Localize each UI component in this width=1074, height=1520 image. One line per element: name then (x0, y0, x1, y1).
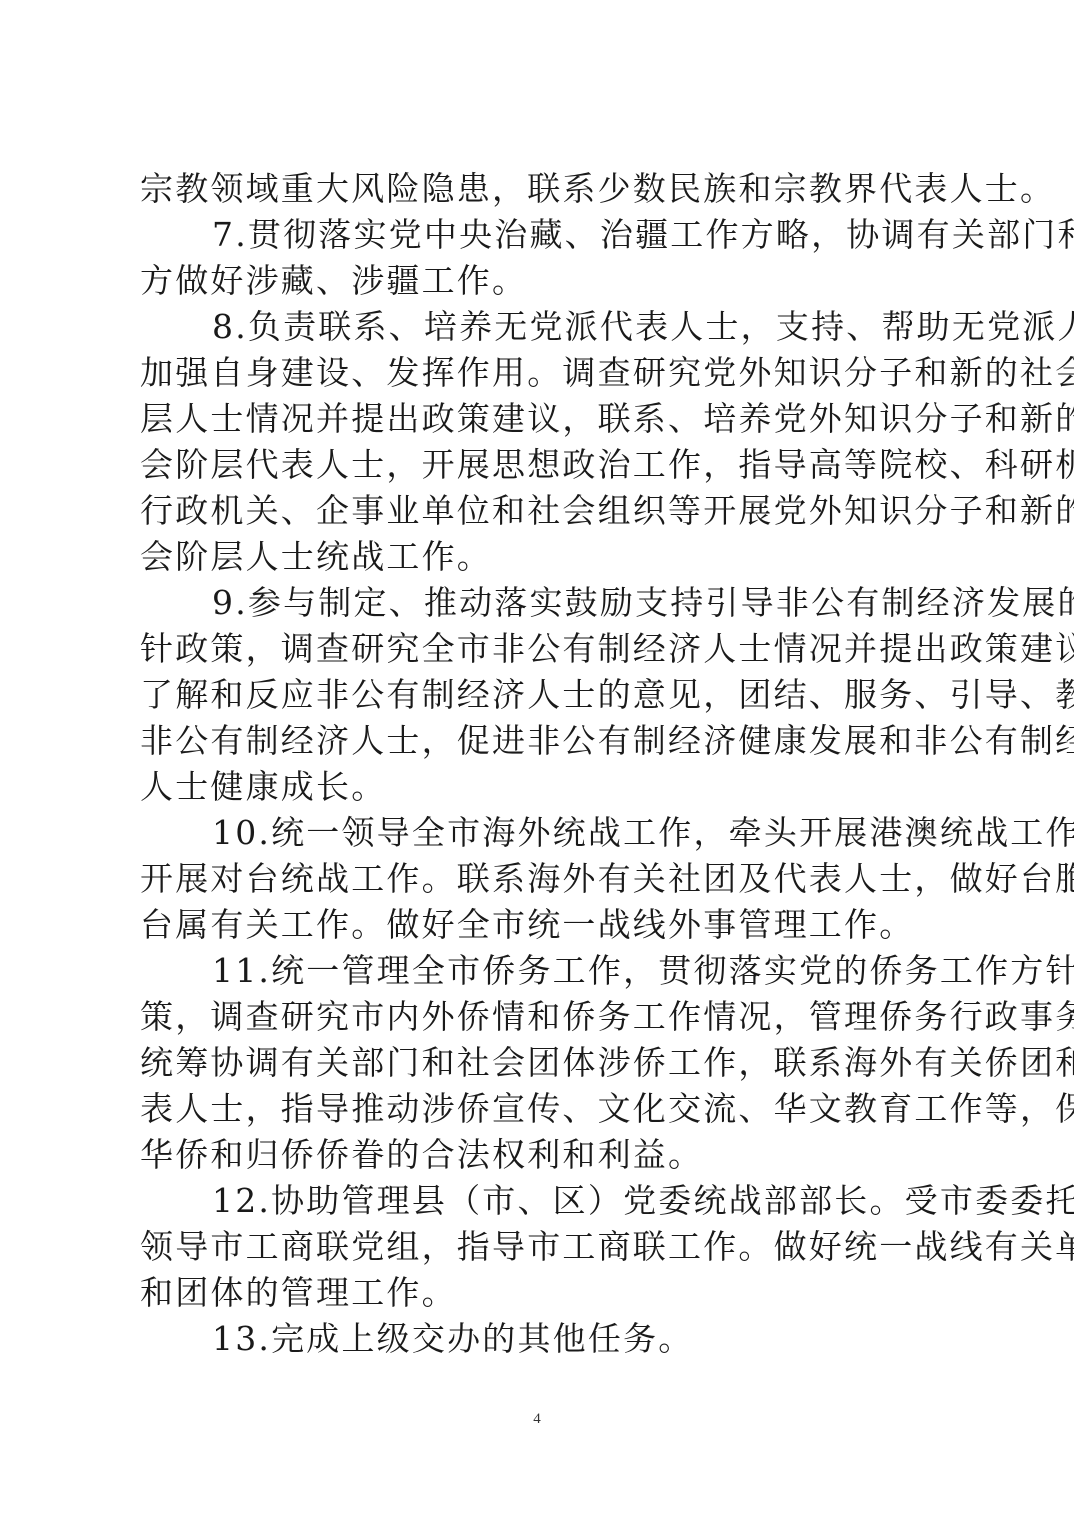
text-line: 会阶层代表人士，开展思想政治工作，指导高等院校、科研机构、 (140, 442, 940, 488)
text-line: 华侨和归侨侨眷的合法权利和利益。 (140, 1132, 940, 1178)
text-line: 统筹协调有关部门和社会团体涉侨工作，联系海外有关侨团和代 (140, 1040, 940, 1086)
text-line: 宗教领域重大风险隐患，联系少数民族和宗教界代表人士。 (140, 166, 940, 212)
text-line: 加强自身建设、发挥作用。调查研究党外知识分子和新的社会阶 (140, 350, 940, 396)
text-line: 台属有关工作。做好全市统一战线外事管理工作。 (140, 902, 940, 948)
text-line: 开展对台统战工作。联系海外有关社团及代表人士，做好台胞、 (140, 856, 940, 902)
document-page: 宗教领域重大风险隐患，联系少数民族和宗教界代表人士。 7.贯彻落实党中央治藏、治… (0, 0, 1074, 1520)
text-line: 非公有制经济人士，促进非公有制经济健康发展和非公有制经济 (140, 718, 940, 764)
text-line: 13.完成上级交办的其他任务。 (140, 1316, 940, 1362)
text-line: 8.负责联系、培养无党派代表人士，支持、帮助无党派人士 (140, 304, 940, 350)
text-line: 层人士情况并提出政策建议，联系、培养党外知识分子和新的社 (140, 396, 940, 442)
text-line: 和团体的管理工作。 (140, 1270, 940, 1316)
text-line: 11.统一管理全市侨务工作，贯彻落实党的侨务工作方针政 (140, 948, 940, 994)
text-line: 会阶层人士统战工作。 (140, 534, 940, 580)
text-line: 12.协助管理县（市、区）党委统战部部长。受市委委托， (140, 1178, 940, 1224)
text-line: 表人士，指导推动涉侨宣传、文化交流、华文教育工作等，保护 (140, 1086, 940, 1132)
page-number: 4 (0, 1411, 1074, 1428)
text-line: 针政策，调查研究全市非公有制经济人士情况并提出政策建议， (140, 626, 940, 672)
text-line: 10.统一领导全市海外统战工作，牵头开展港澳统战工作， (140, 810, 940, 856)
text-line: 人士健康成长。 (140, 764, 940, 810)
text-line: 了解和反应非公有制经济人士的意见，团结、服务、引导、教育 (140, 672, 940, 718)
text-line: 行政机关、企事业单位和社会组织等开展党外知识分子和新的社 (140, 488, 940, 534)
text-line: 方做好涉藏、涉疆工作。 (140, 258, 940, 304)
document-body: 宗教领域重大风险隐患，联系少数民族和宗教界代表人士。 7.贯彻落实党中央治藏、治… (140, 166, 940, 1362)
text-line: 9.参与制定、推动落实鼓励支持引导非公有制经济发展的方 (140, 580, 940, 626)
text-line: 7.贯彻落实党中央治藏、治疆工作方略，协调有关部门和地 (140, 212, 940, 258)
text-line: 领导市工商联党组，指导市工商联工作。做好统一战线有关单位 (140, 1224, 940, 1270)
text-line: 策，调查研究市内外侨情和侨务工作情况，管理侨务行政事务， (140, 994, 940, 1040)
